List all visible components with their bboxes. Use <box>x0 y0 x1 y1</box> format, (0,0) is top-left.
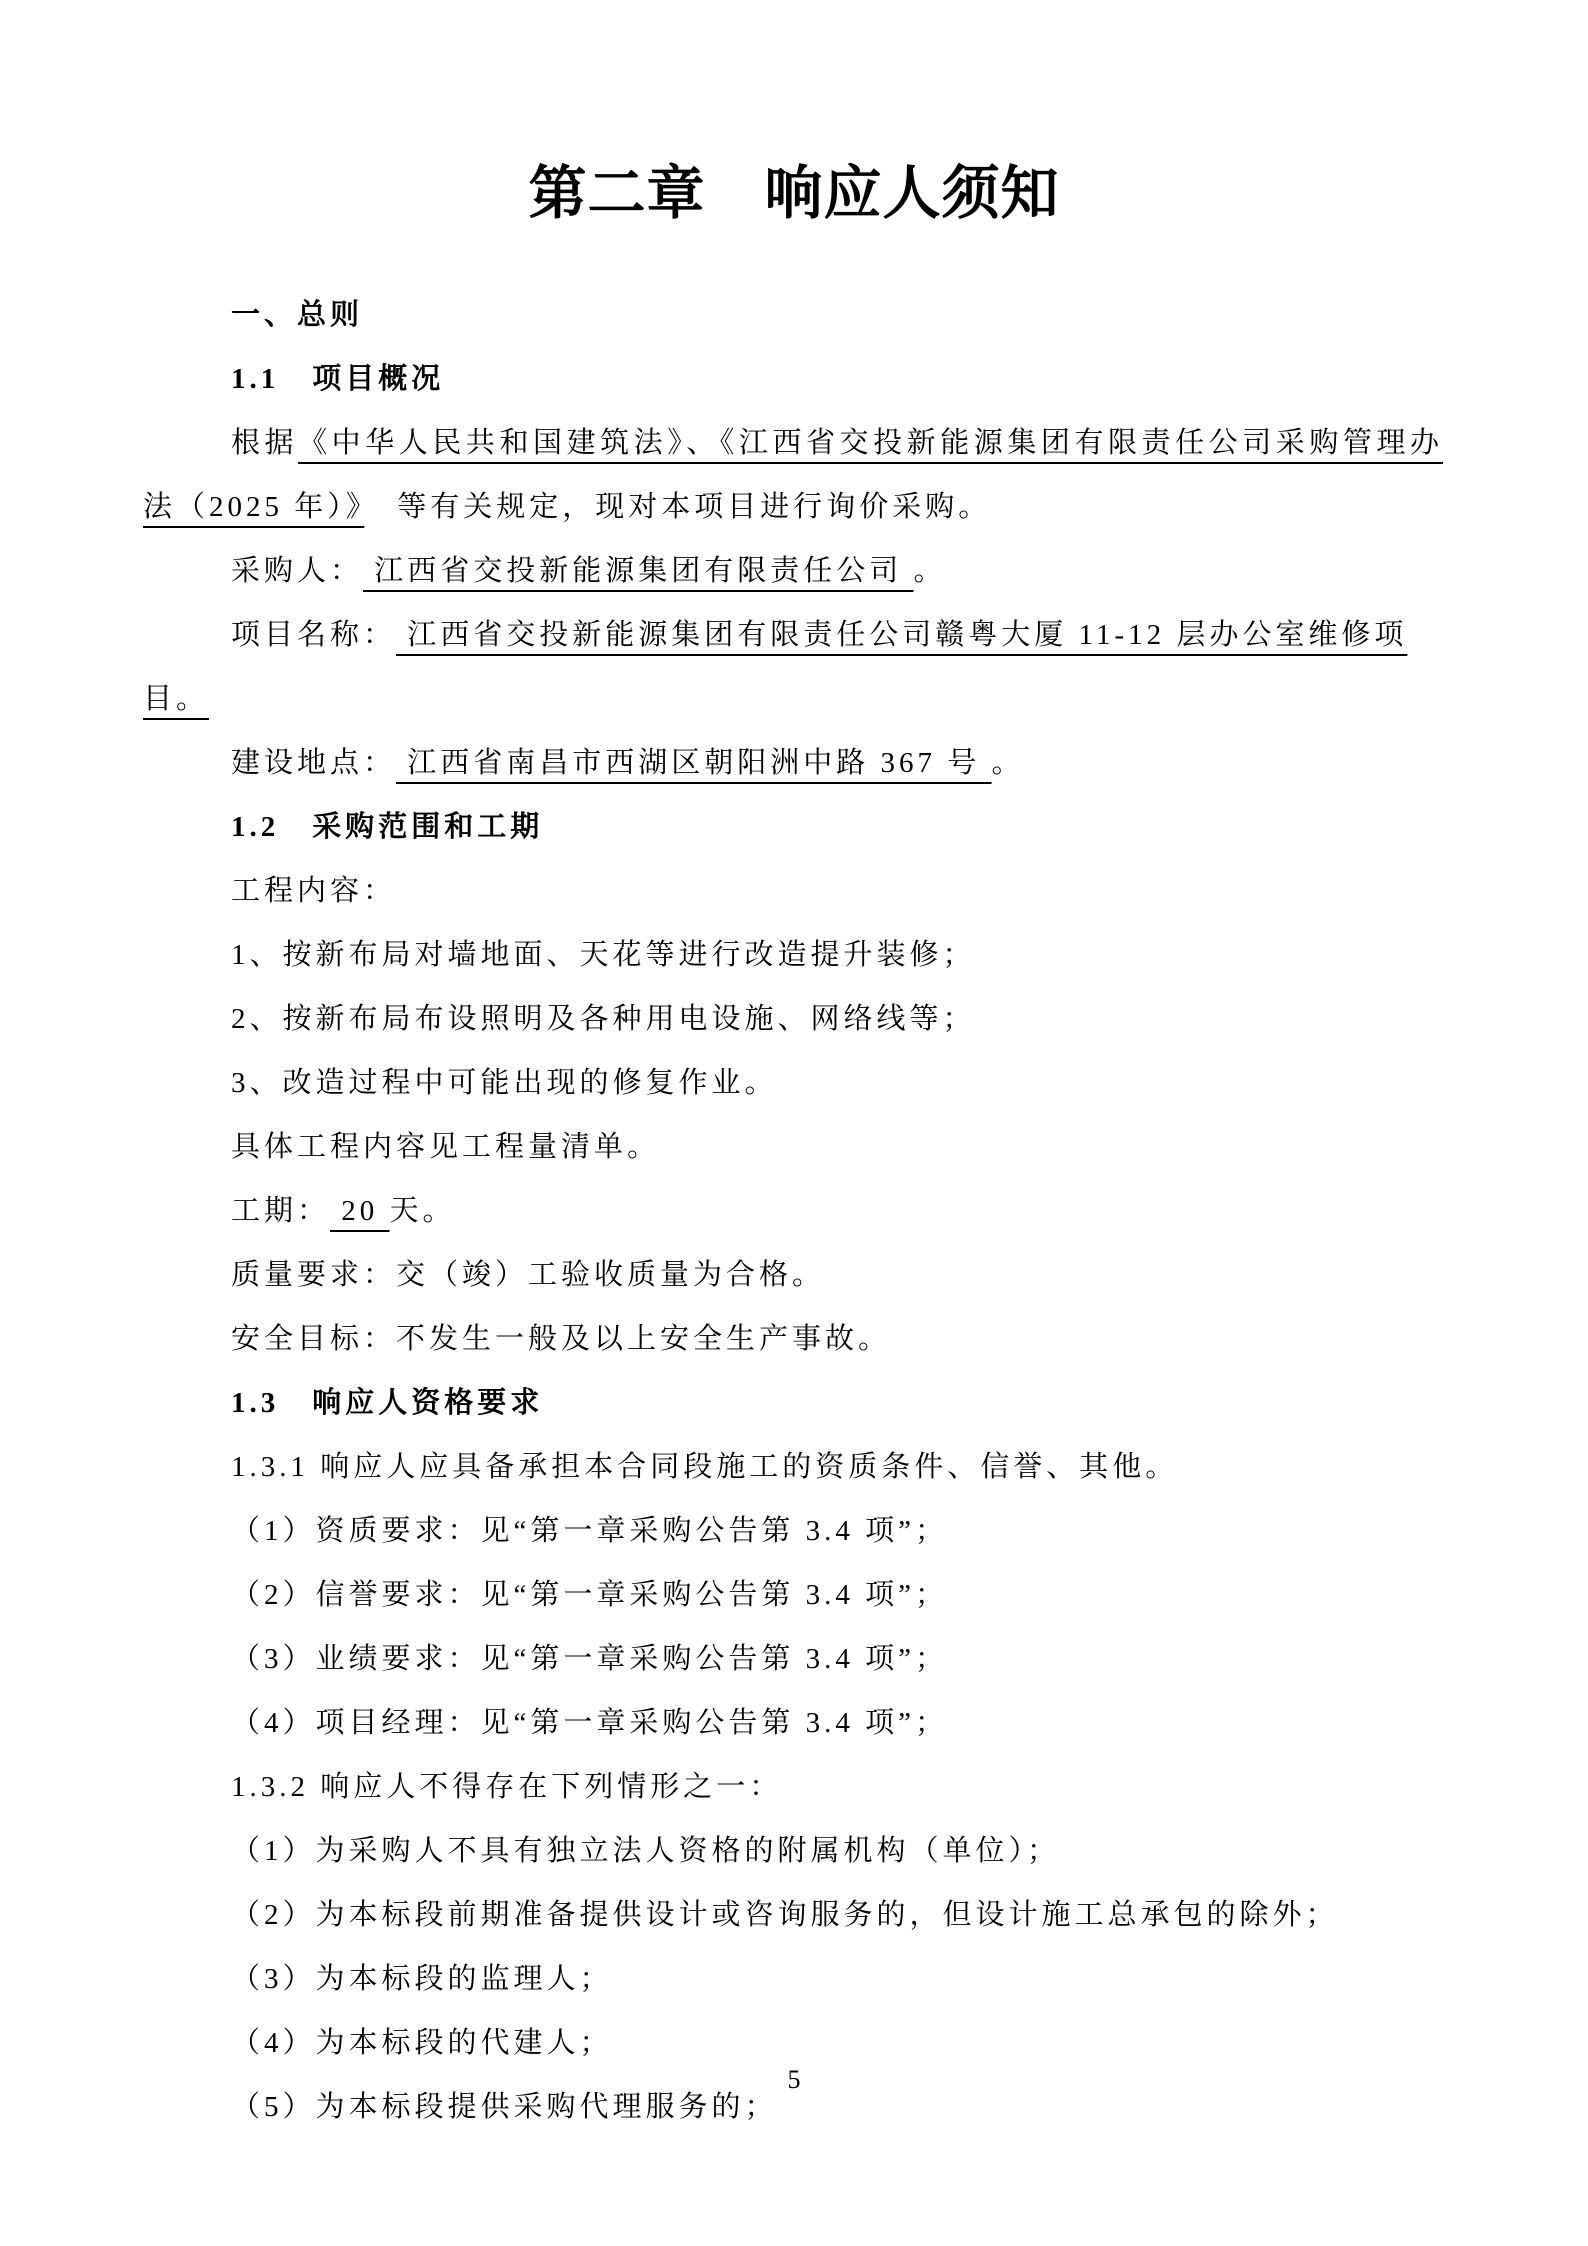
para-project-name: 项目名称： 江西省交投新能源集团有限责任公司赣粤大厦 11-12 层办公室维修项… <box>143 603 1443 731</box>
para-1-3-1-item-2: （2）信誉要求：见“第一章采购公告第 3.4 项”； <box>143 1563 1443 1627</box>
text-run: （3）为本标段的监理人； <box>231 1963 613 1995</box>
text-run: 。 <box>992 747 1025 779</box>
text-run: 1.2 采购范围和工期 <box>231 811 543 843</box>
para-work-content-label: 工程内容： <box>143 859 1443 923</box>
para-safety-target: 安全目标：不发生一般及以上安全生产事故。 <box>143 1307 1443 1371</box>
document-body: 一、总则1.1 项目概况根据《中华人民共和国建筑法》、《江西省交投新能源集团有限… <box>143 283 1443 2139</box>
para-1-3-1: 1.3.1 响应人应具备承担本合同段施工的资质条件、信誉、其他。 <box>143 1435 1443 1499</box>
text-run: 1、按新布局对墙地面、天花等进行改造提升装修； <box>231 939 976 971</box>
para-purchaser: 采购人： 江西省交投新能源集团有限责任公司 。 <box>143 539 1443 603</box>
text-run: 具体工程内容见工程量清单。 <box>231 1131 660 1163</box>
para-construction-location: 建设地点： 江西省南昌市西湖区朝阳洲中路 367 号 。 <box>143 731 1443 795</box>
para-legal-basis-line-1: 根据《中华人民共和国建筑法》、《江西省交投新能源集团有限责任公司采购管理办 <box>143 411 1443 475</box>
heading-1-3-qualification-requirements: 1.3 响应人资格要求 <box>143 1371 1443 1435</box>
text-run: 一、总则 <box>231 299 363 331</box>
text-run: 1.3.2 响应人不得存在下列情形之一： <box>231 1771 782 1803</box>
para-1-3-2: 1.3.2 响应人不得存在下列情形之一： <box>143 1755 1443 1819</box>
para-1-3-1-item-1: （1）资质要求：见“第一章采购公告第 3.4 项”； <box>143 1499 1443 1563</box>
para-work-item-2: 2、按新布局布设照明及各种用电设施、网络线等； <box>143 987 1443 1051</box>
para-quality-requirement: 质量要求：交（竣）工验收质量为合格。 <box>143 1243 1443 1307</box>
text-run: （1）为采购人不具有独立法人资格的附属机构（单位）； <box>231 1835 1060 1867</box>
text-run: 天。 <box>390 1195 456 1227</box>
chapter-title: 第二章 响应人须知 <box>0 158 1588 230</box>
para-1-3-1-item-4: （4）项目经理：见“第一章采购公告第 3.4 项”； <box>143 1691 1443 1755</box>
para-boq-note: 具体工程内容见工程量清单。 <box>143 1115 1443 1179</box>
para-work-item-1: 1、按新布局对墙地面、天花等进行改造提升装修； <box>143 923 1443 987</box>
text-run: 质量要求：交（竣）工验收质量为合格。 <box>231 1259 825 1291</box>
underlined-text: 江西省南昌市西湖区朝阳洲中路 367 号 <box>396 747 992 779</box>
text-run: 2、按新布局布设照明及各种用电设施、网络线等； <box>231 1003 976 1035</box>
para-1-3-1-item-3: （3）业绩要求：见“第一章采购公告第 3.4 项”； <box>143 1627 1443 1691</box>
text-run: 项目名称： <box>231 619 396 651</box>
text-run: 采购人： <box>231 555 363 587</box>
document-page: 第二章 响应人须知 一、总则1.1 项目概况根据《中华人民共和国建筑法》、《江西… <box>0 0 1588 2246</box>
text-run: 1.3.1 响应人应具备承担本合同段施工的资质条件、信誉、其他。 <box>231 1451 1178 1483</box>
text-run: （4）项目经理：见“第一章采购公告第 3.4 项”； <box>231 1707 948 1739</box>
underlined-text: 法（2025 年）》 <box>143 491 364 523</box>
para-legal-basis-line-2: 法（2025 年）》 等有关规定，现对本项目进行询价采购。 <box>143 475 1443 539</box>
text-run: 。 <box>914 555 947 587</box>
text-run: 3、改造过程中可能出现的修复作业。 <box>231 1067 778 1099</box>
page-number: 5 <box>788 2065 801 2094</box>
underlined-text: 20 <box>330 1195 390 1227</box>
para-1-3-2-item-3: （3）为本标段的监理人； <box>143 1947 1443 2011</box>
text-run: （1）资质要求：见“第一章采购公告第 3.4 项”； <box>231 1515 948 1547</box>
heading-1-2-scope-and-duration: 1.2 采购范围和工期 <box>143 795 1443 859</box>
page-footer: 5 <box>0 2062 1588 2098</box>
para-work-item-3: 3、改造过程中可能出现的修复作业。 <box>143 1051 1443 1115</box>
text-run: 安全目标：不发生一般及以上安全生产事故。 <box>231 1323 891 1355</box>
text-run: 工期： <box>231 1195 330 1227</box>
text-run: 1.1 项目概况 <box>231 363 444 395</box>
underlined-text: 《中华人民共和国建筑法》、《江西省交投新能源集团有限责任公司采购管理办 <box>298 427 1443 459</box>
para-1-3-2-item-2: （2）为本标段前期准备提供设计或咨询服务的，但设计施工总承包的除外； <box>143 1883 1443 1947</box>
text-run: （2）信誉要求：见“第一章采购公告第 3.4 项”； <box>231 1579 948 1611</box>
para-1-3-2-item-1: （1）为采购人不具有独立法人资格的附属机构（单位）； <box>143 1819 1443 1883</box>
text-run: 等有关规定，现对本项目进行询价采购。 <box>364 491 991 523</box>
text-run: （4）为本标段的代建人； <box>231 2027 613 2059</box>
text-run: 建设地点： <box>231 747 396 779</box>
text-run: 1.3 响应人资格要求 <box>231 1387 543 1419</box>
text-run: 根据 <box>231 427 298 459</box>
underlined-text: 江西省交投新能源集团有限责任公司 <box>363 555 914 587</box>
text-run: （2）为本标段前期准备提供设计或咨询服务的，但设计施工总承包的除外； <box>231 1899 1339 1931</box>
text-run: 工程内容： <box>231 875 396 907</box>
heading-1-1-project-overview: 1.1 项目概况 <box>143 347 1443 411</box>
para-duration: 工期： 20 天。 <box>143 1179 1443 1243</box>
text-run: （3）业绩要求：见“第一章采购公告第 3.4 项”； <box>231 1643 948 1675</box>
heading-general-rules: 一、总则 <box>143 283 1443 347</box>
